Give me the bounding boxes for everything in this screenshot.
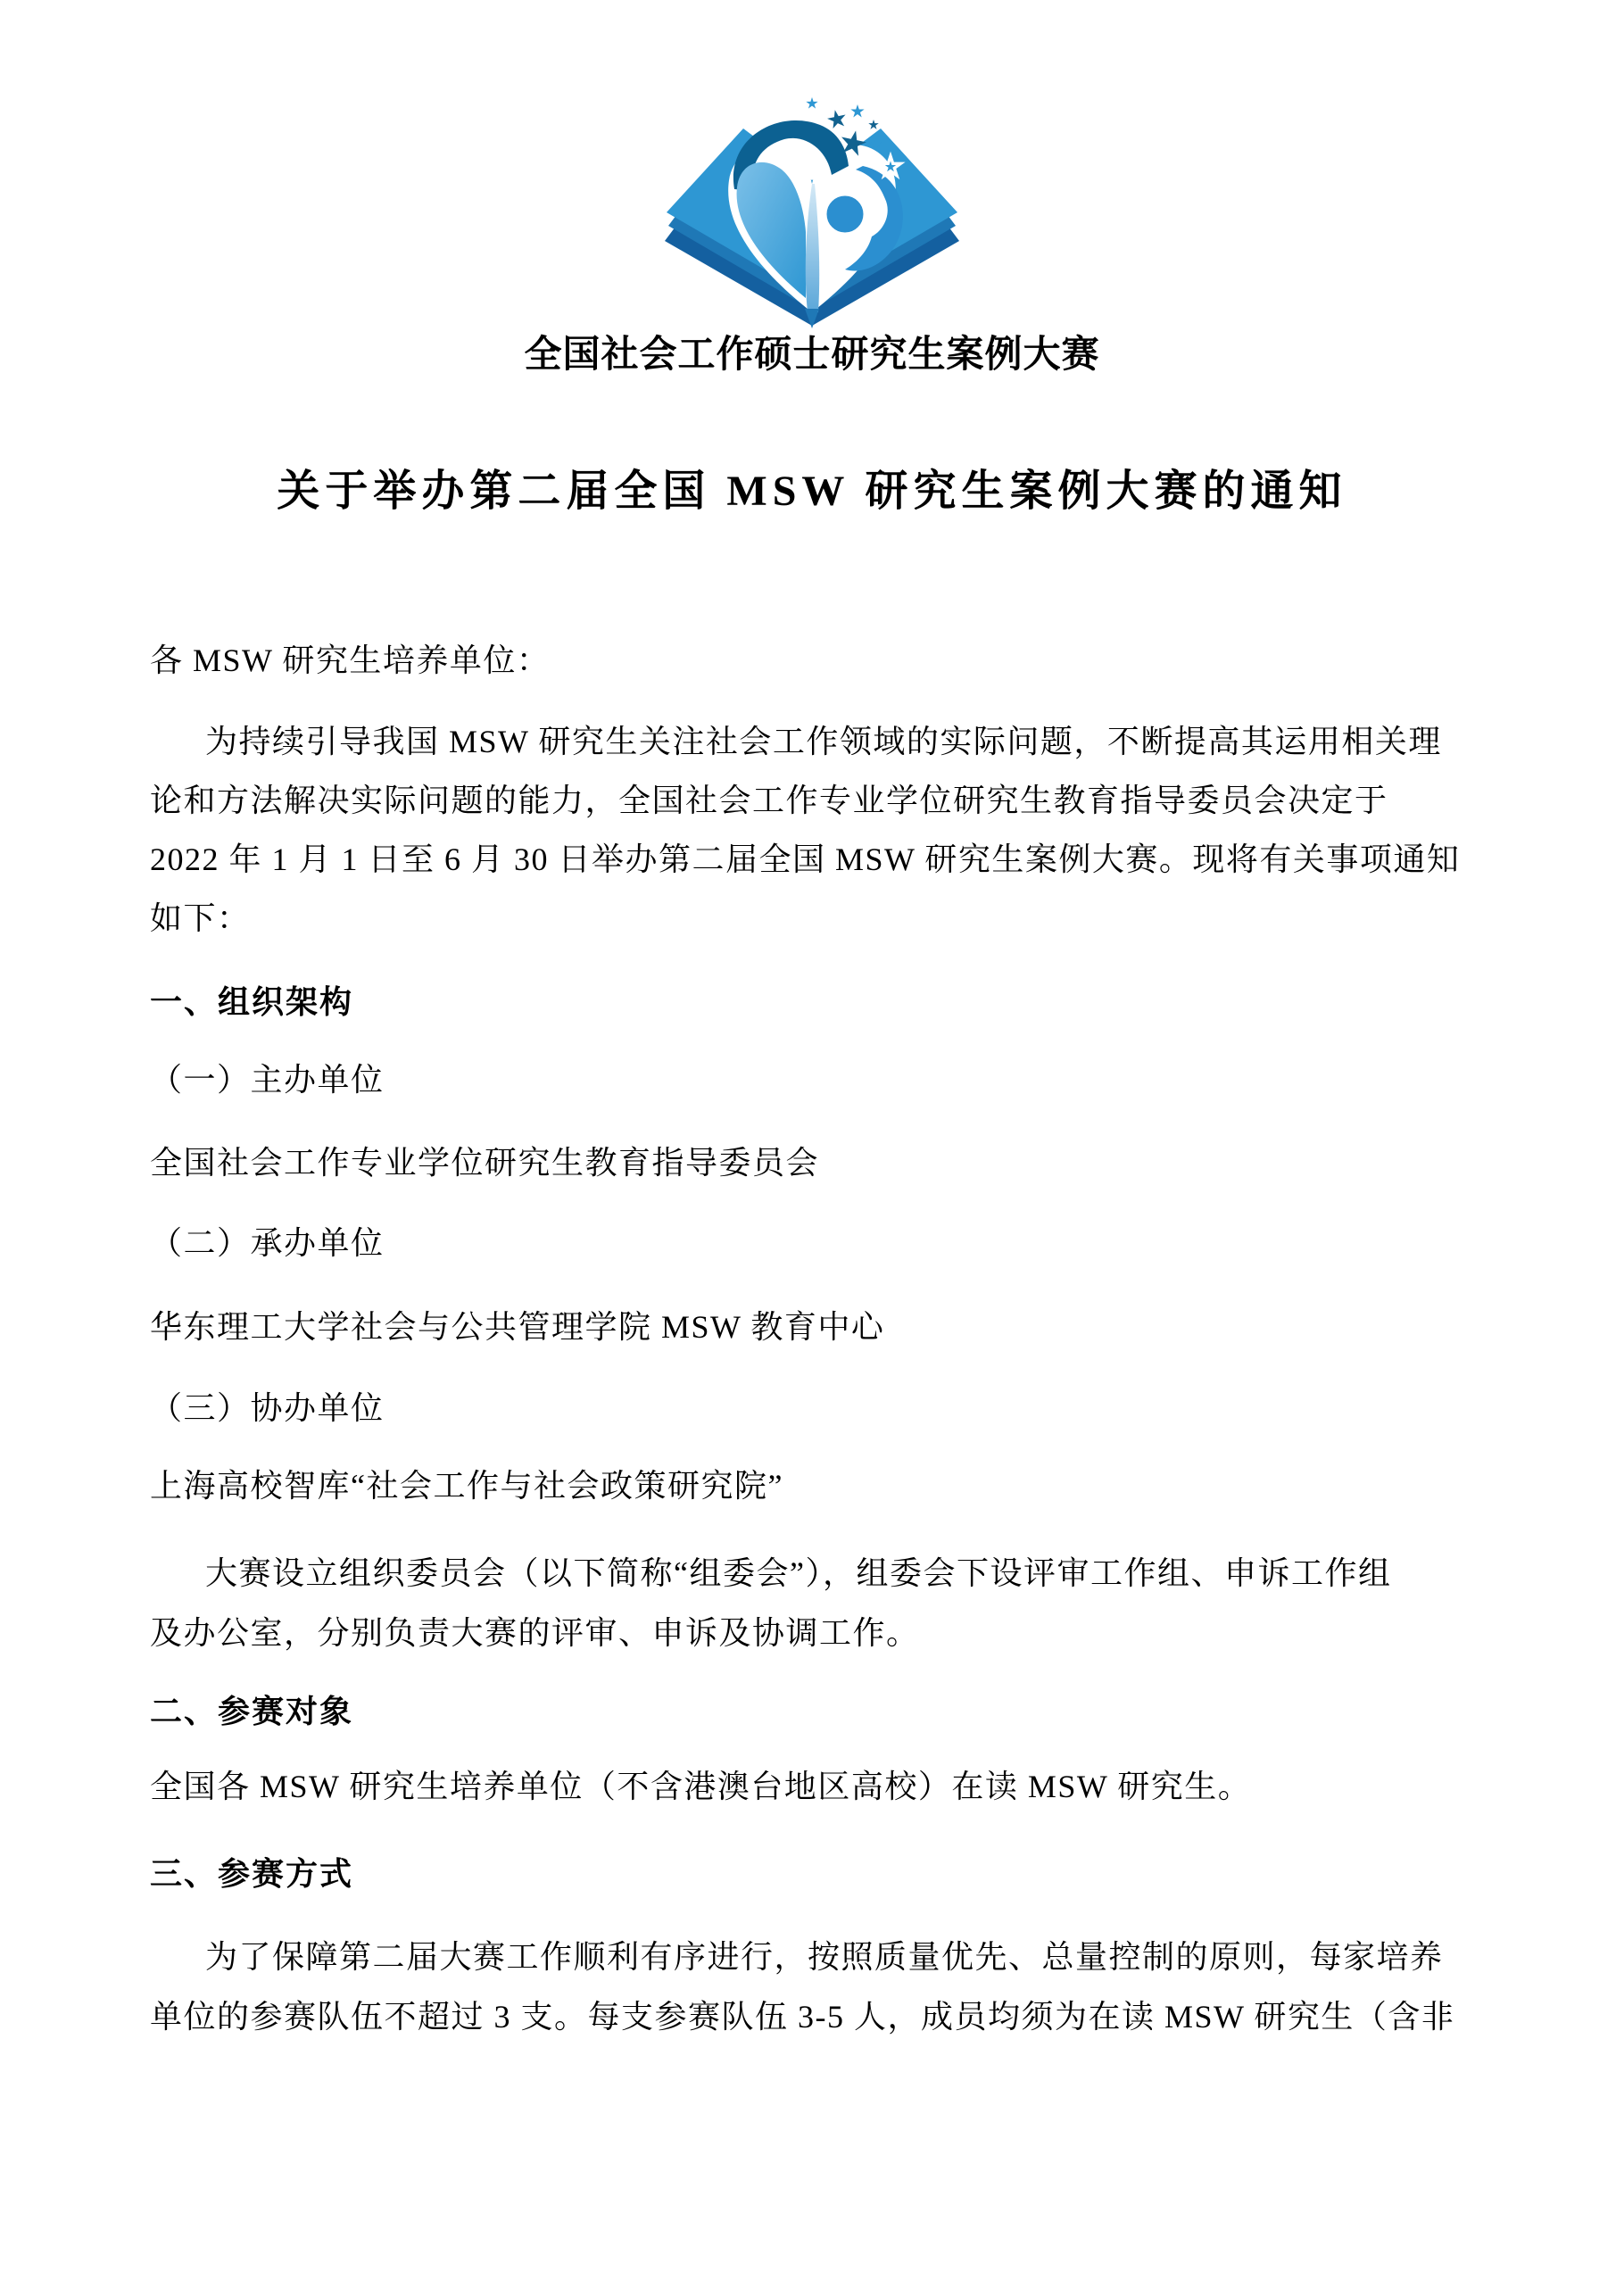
competition-logo	[656, 79, 968, 333]
subsection-heading-coorganizer: （三）协办单位	[150, 1379, 1474, 1438]
para2-line1: 大赛设立组织委员会（以下简称“组委会”），组委会下设评审工作组、申诉工作组	[150, 1544, 1474, 1603]
section-heading-2: 二、参赛对象	[150, 1682, 1474, 1741]
star-icon	[850, 104, 864, 117]
section-heading-1: 一、组织架构	[150, 973, 1474, 1032]
eligibility-line: 全国各 MSW 研究生培养单位（不含港澳台地区高校）在读 MSW 研究生。	[150, 1757, 1474, 1816]
para1-line1: 为持续引导我国 MSW 研究生关注社会工作领域的实际问题，不断提高其运用相关理	[150, 712, 1474, 771]
star-icon	[825, 108, 848, 129]
para1-line3: 2022 年 1 月 1 日至 6 月 30 日举办第二届全国 MSW 研究生案…	[150, 830, 1474, 889]
section-heading-3: 三、参赛方式	[150, 1844, 1474, 1903]
subsection-heading-host: （一）主办单位	[150, 1050, 1474, 1109]
para3-line2: 单位的参赛队伍不超过 3 支。每支参赛队伍 3-5 人，成员均须为在读 MSW …	[150, 1987, 1474, 2046]
document-title: 关于举办第二届全国 MSW 研究生案例大赛的通知	[0, 462, 1624, 521]
star-icon	[868, 120, 878, 129]
org-name-coorganizer: 上海高校智库“社会工作与社会政策研究院”	[150, 1456, 1474, 1515]
org-name-host: 全国社会工作专业学位研究生教育指导委员会	[150, 1133, 1474, 1192]
document-page: 全国社会工作硕士研究生案例大赛 关于举办第二届全国 MSW 研究生案例大赛的通知…	[0, 0, 1624, 2296]
para1-line4: 如下：	[150, 889, 1474, 948]
figure-ring	[824, 193, 866, 236]
salutation: 各 MSW 研究生培养单位：	[150, 631, 1474, 690]
subsection-heading-organizer: （二）承办单位	[150, 1214, 1474, 1272]
logo-caption: 全国社会工作硕士研究生案例大赛	[0, 332, 1624, 377]
para3-line1: 为了保障第二届大赛工作顺利有序进行，按照质量优先、总量控制的原则，每家培养	[150, 1927, 1474, 1986]
star-icon	[806, 97, 817, 109]
para2-line2: 及办公室，分别负责大赛的评审、申诉及协调工作。	[150, 1604, 1474, 1662]
para1-line2: 论和方法解决实际问题的能力，全国社会工作专业学位研究生教育指导委员会决定于	[150, 771, 1474, 830]
org-name-organizer: 华东理工大学社会与公共管理学院 MSW 教育中心	[150, 1297, 1474, 1356]
